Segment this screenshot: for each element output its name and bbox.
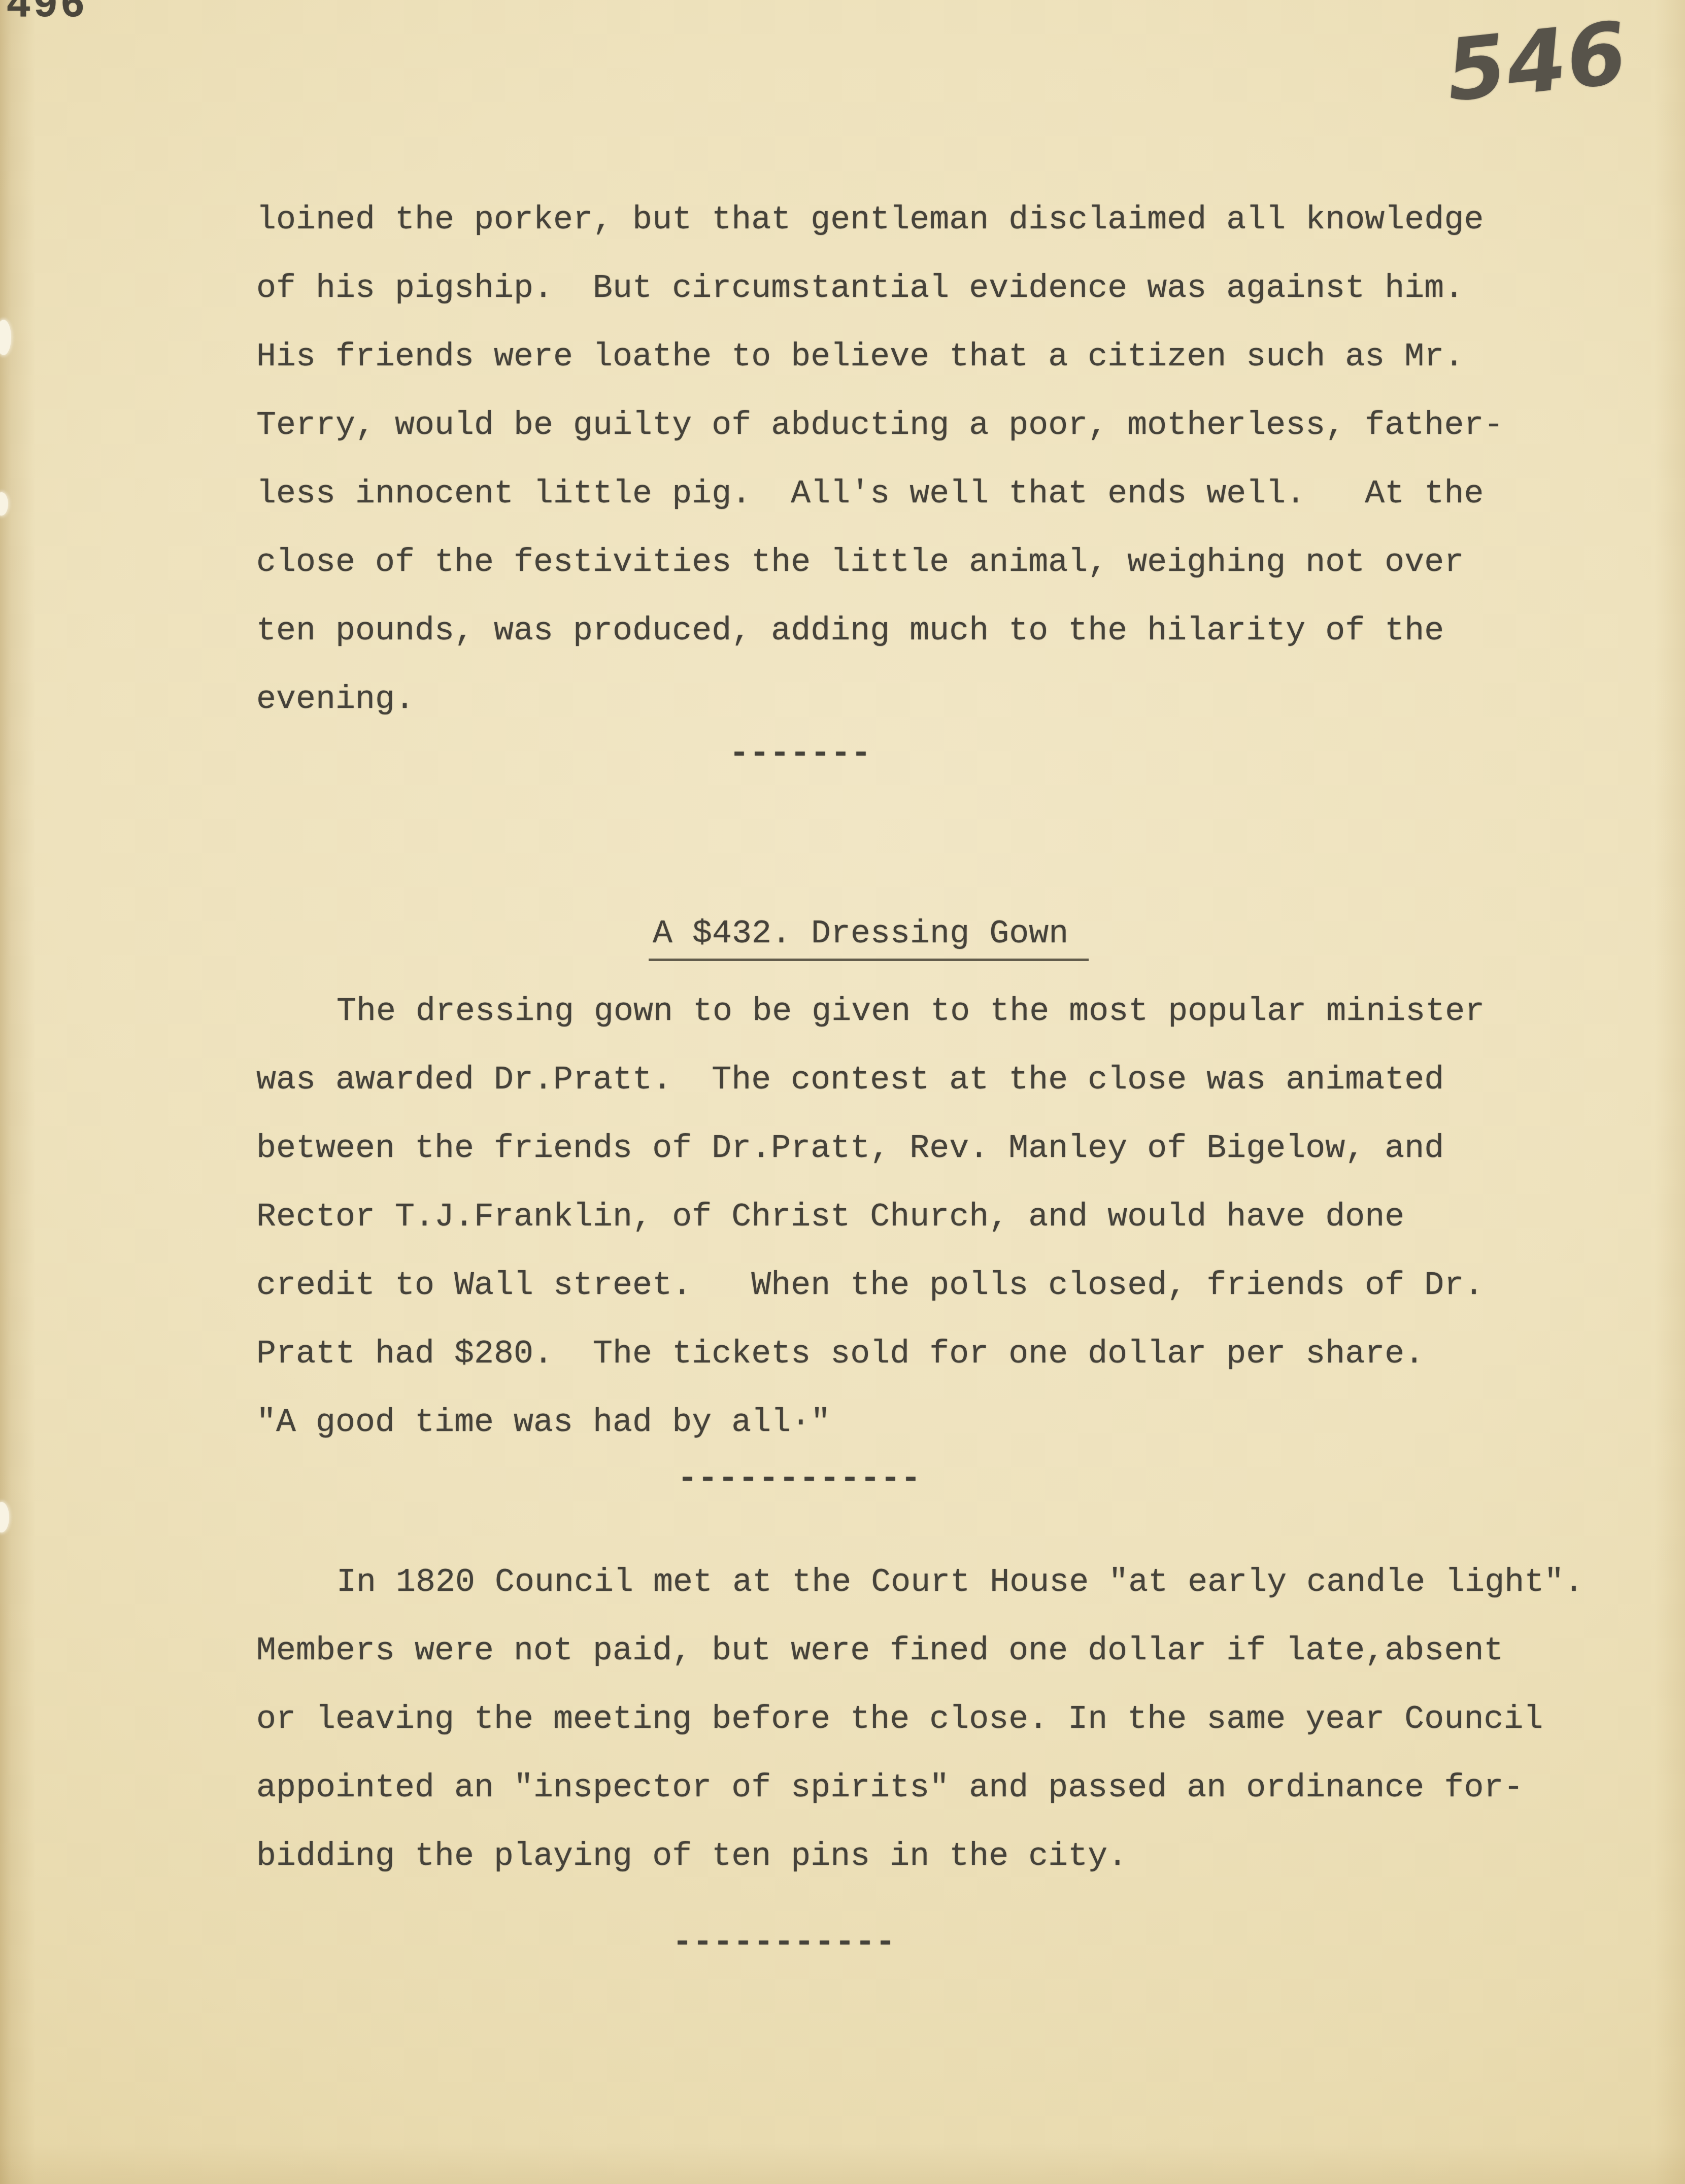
typed-line: evening. xyxy=(256,683,415,716)
typed-line: Pratt had $280. The tickets sold for one… xyxy=(256,1338,1424,1371)
typed-line: The dressing gown to be given to the mos… xyxy=(336,995,1485,1028)
typed-line: was awarded Dr.Pratt. The contest at the… xyxy=(256,1064,1444,1097)
section-heading: A $432. Dressing Gown xyxy=(569,884,1089,983)
typed-line: close of the festivities the little anim… xyxy=(256,546,1464,579)
scanned-manuscript-page: 496 546 loined the porker, but that gent… xyxy=(0,0,1685,2184)
typed-line: In 1820 Council met at the Court House "… xyxy=(336,1566,1583,1599)
typed-line: of his pigship. But circumstantial evide… xyxy=(256,272,1464,305)
typed-line: loined the porker, but that gentleman di… xyxy=(256,203,1484,236)
typed-line: Members were not paid, but were fined on… xyxy=(256,1634,1503,1667)
typed-line: between the friends of Dr.Pratt, Rev. Ma… xyxy=(256,1132,1444,1165)
paper-tear-mark xyxy=(0,492,8,516)
section-divider: ----------- xyxy=(672,1926,896,1959)
typed-line: credit to Wall street. When the polls cl… xyxy=(256,1269,1484,1302)
typed-line: His friends were loathe to believe that … xyxy=(256,340,1464,373)
typed-line: bidding the playing of ten pins in the c… xyxy=(256,1840,1127,1873)
typed-line: appointed an "inspector of spirits" and … xyxy=(256,1771,1523,1804)
section-heading-text: A $432. Dressing Gown xyxy=(649,915,1089,961)
typed-line: ten pounds, was produced, adding much to… xyxy=(256,615,1444,647)
typed-line: less innocent little pig. All's well tha… xyxy=(256,477,1484,510)
section-divider: ------- xyxy=(729,737,871,770)
typed-line: Rector T.J.Franklin, of Christ Church, a… xyxy=(256,1201,1404,1234)
section-divider: ------------ xyxy=(678,1462,921,1495)
handwritten-page-number: 546 xyxy=(1442,10,1631,114)
paper-tear-mark xyxy=(0,1502,9,1532)
stamped-page-number: 496 xyxy=(6,0,87,26)
typed-line: Terry, would be guilty of abducting a po… xyxy=(256,409,1503,442)
typed-line: or leaving the meeting before the close.… xyxy=(256,1703,1543,1736)
typed-line: "A good time was had by all·" xyxy=(256,1406,830,1439)
paper-tear-mark xyxy=(0,320,11,355)
